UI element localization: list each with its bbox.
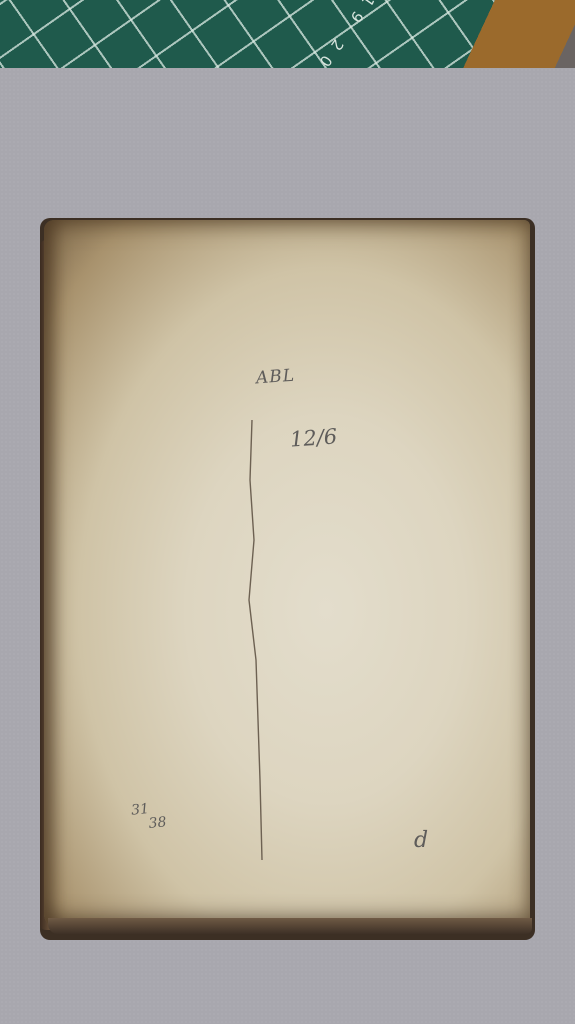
handwritten-code: ABL bbox=[255, 366, 295, 389]
handwritten-mark: d bbox=[414, 828, 428, 853]
wooden-surface bbox=[445, 0, 575, 78]
cutting-mat: 19 20 21 22 bbox=[0, 0, 575, 78]
book-back-cover bbox=[44, 220, 530, 928]
handwritten-price: 12/6 bbox=[289, 424, 338, 451]
handwritten-numbers: 31 38 bbox=[131, 800, 168, 833]
handwritten-number-bottom: 38 bbox=[148, 815, 167, 832]
book-bottom-edge bbox=[48, 918, 532, 934]
paper-crack bbox=[246, 420, 266, 860]
